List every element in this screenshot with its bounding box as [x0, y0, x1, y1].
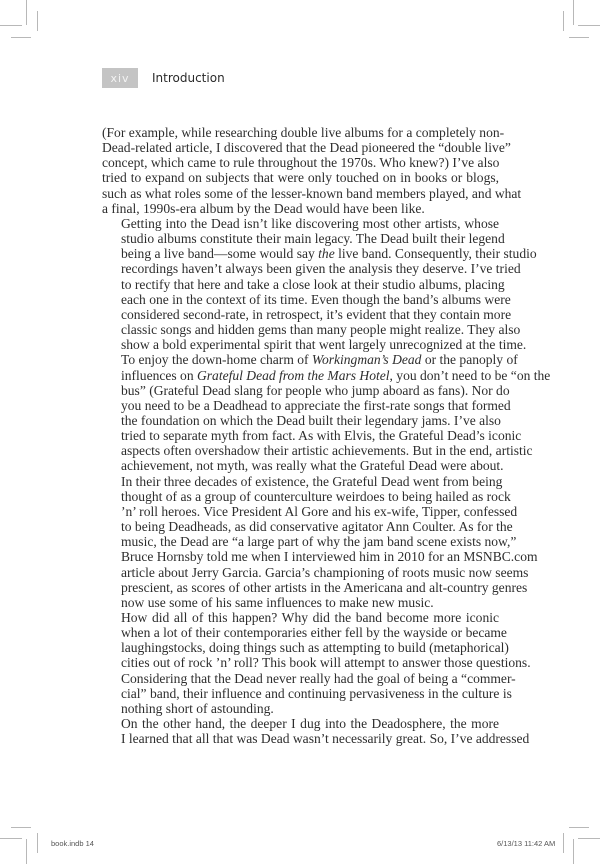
crop-mark-top-right-h1	[578, 25, 600, 26]
paragraph: Getting into the Dead isn’t like discove…	[102, 216, 499, 474]
text-line: nothing short of astounding.	[102, 701, 499, 716]
crop-mark-bottom-left-v1	[26, 839, 27, 864]
text-line: tried to expand on subjects that were on…	[102, 170, 499, 185]
text-line: influences on Grateful Dead from the Mar…	[102, 368, 499, 383]
text-line: each one in the context of its time. Eve…	[102, 292, 499, 307]
text-line: tried to separate myth from fact. As wit…	[102, 428, 499, 443]
paragraph: How did all of this happen? Why did the …	[102, 610, 499, 716]
text-line: studio albums constitute their main lega…	[102, 231, 499, 246]
slug-timestamp: 6/13/13 11:42 AM	[497, 839, 555, 848]
text-line: show a bold experimental spirit that wen…	[102, 337, 499, 352]
text-line: classic songs and hidden gems than many …	[102, 322, 499, 337]
text-line: bus” (Grateful Dead slang for people who…	[102, 383, 499, 398]
text-line: now use some of his same influences to m…	[102, 595, 499, 610]
crop-mark-bottom-left-h1	[0, 838, 22, 839]
text-line: to rectify that here and take a close lo…	[102, 277, 499, 292]
text-line: music, the Dead are “a large part of why…	[102, 534, 499, 549]
text-line: Getting into the Dead isn’t like discove…	[102, 216, 499, 231]
crop-mark-bottom-right-v1	[573, 839, 574, 864]
text-line: the foundation on which the Dead built t…	[102, 413, 499, 428]
text-line: aspects often overshadow their artistic …	[102, 443, 499, 458]
text-line: thought of as a group of counterculture …	[102, 489, 499, 504]
crop-mark-top-right-v1	[573, 0, 574, 25]
text-line: laughingstocks, doing things such as att…	[102, 640, 499, 655]
slug-file: book.indb 14	[51, 839, 94, 848]
text-line: you need to be a Deadhead to appreciate …	[102, 398, 499, 413]
text-line: recordings haven’t always been given the…	[102, 261, 499, 276]
text-line: when a lot of their contemporaries eithe…	[102, 625, 499, 640]
crop-mark-top-right-h2	[569, 37, 589, 38]
text-line: cities out of rock ’n’ roll? This book w…	[102, 655, 499, 670]
text-line: On the other hand, the deeper I dug into…	[102, 716, 499, 731]
paragraph: On the other hand, the deeper I dug into…	[102, 716, 499, 746]
text-line: I learned that all that was Dead wasn’t …	[102, 731, 499, 746]
crop-mark-top-left-h1	[0, 25, 22, 26]
text-line: Bruce Hornsby told me when I interviewed…	[102, 549, 499, 564]
paragraph: (For example, while researching double l…	[102, 125, 499, 216]
text-line: How did all of this happen? Why did the …	[102, 610, 499, 625]
text-line: Considering that the Dead never really h…	[102, 671, 499, 686]
body-text: (For example, while researching double l…	[102, 125, 499, 746]
text-line: achievement, not myth, was really what t…	[102, 458, 499, 473]
crop-mark-bottom-left-v2	[37, 833, 38, 853]
text-line: such as what roles some of the lesser-kn…	[102, 186, 499, 201]
text-line: cial” band, their influence and continui…	[102, 686, 499, 701]
crop-mark-top-right-v2	[563, 11, 564, 31]
text-line: a final, 1990s-era album by the Dead wou…	[102, 201, 499, 216]
text-line: being a live band—some would say the liv…	[102, 246, 499, 261]
paragraph: In their three decades of existence, the…	[102, 474, 499, 610]
text-line: article about Jerry Garcia. Garcia’s cha…	[102, 565, 499, 580]
crop-mark-top-left-v2	[37, 11, 38, 31]
crop-mark-top-left-h2	[11, 37, 31, 38]
crop-mark-bottom-right-h1	[578, 838, 600, 839]
text-line: prescient, as scores of other artists in…	[102, 580, 499, 595]
crop-mark-bottom-left-h2	[11, 827, 31, 828]
page-header: xiv Introduction	[102, 68, 225, 88]
page-number-badge: xiv	[102, 68, 138, 88]
text-line: to being Deadheads, as did conservative …	[102, 519, 499, 534]
crop-mark-bottom-right-v2	[563, 833, 564, 853]
running-head-title: Introduction	[152, 71, 225, 85]
crop-mark-top-left-v1	[26, 0, 27, 25]
text-line: Dead-related article, I discovered that …	[102, 140, 499, 155]
text-line: concept, which came to rule throughout t…	[102, 155, 499, 170]
crop-mark-bottom-right-h2	[569, 827, 589, 828]
text-line: In their three decades of existence, the…	[102, 474, 499, 489]
text-line: To enjoy the down-home charm of Workingm…	[102, 352, 499, 367]
text-line: (For example, while researching double l…	[102, 125, 499, 140]
text-line: considered second-rate, in retrospect, i…	[102, 307, 499, 322]
text-line: ’n’ roll heroes. Vice President Al Gore …	[102, 504, 499, 519]
